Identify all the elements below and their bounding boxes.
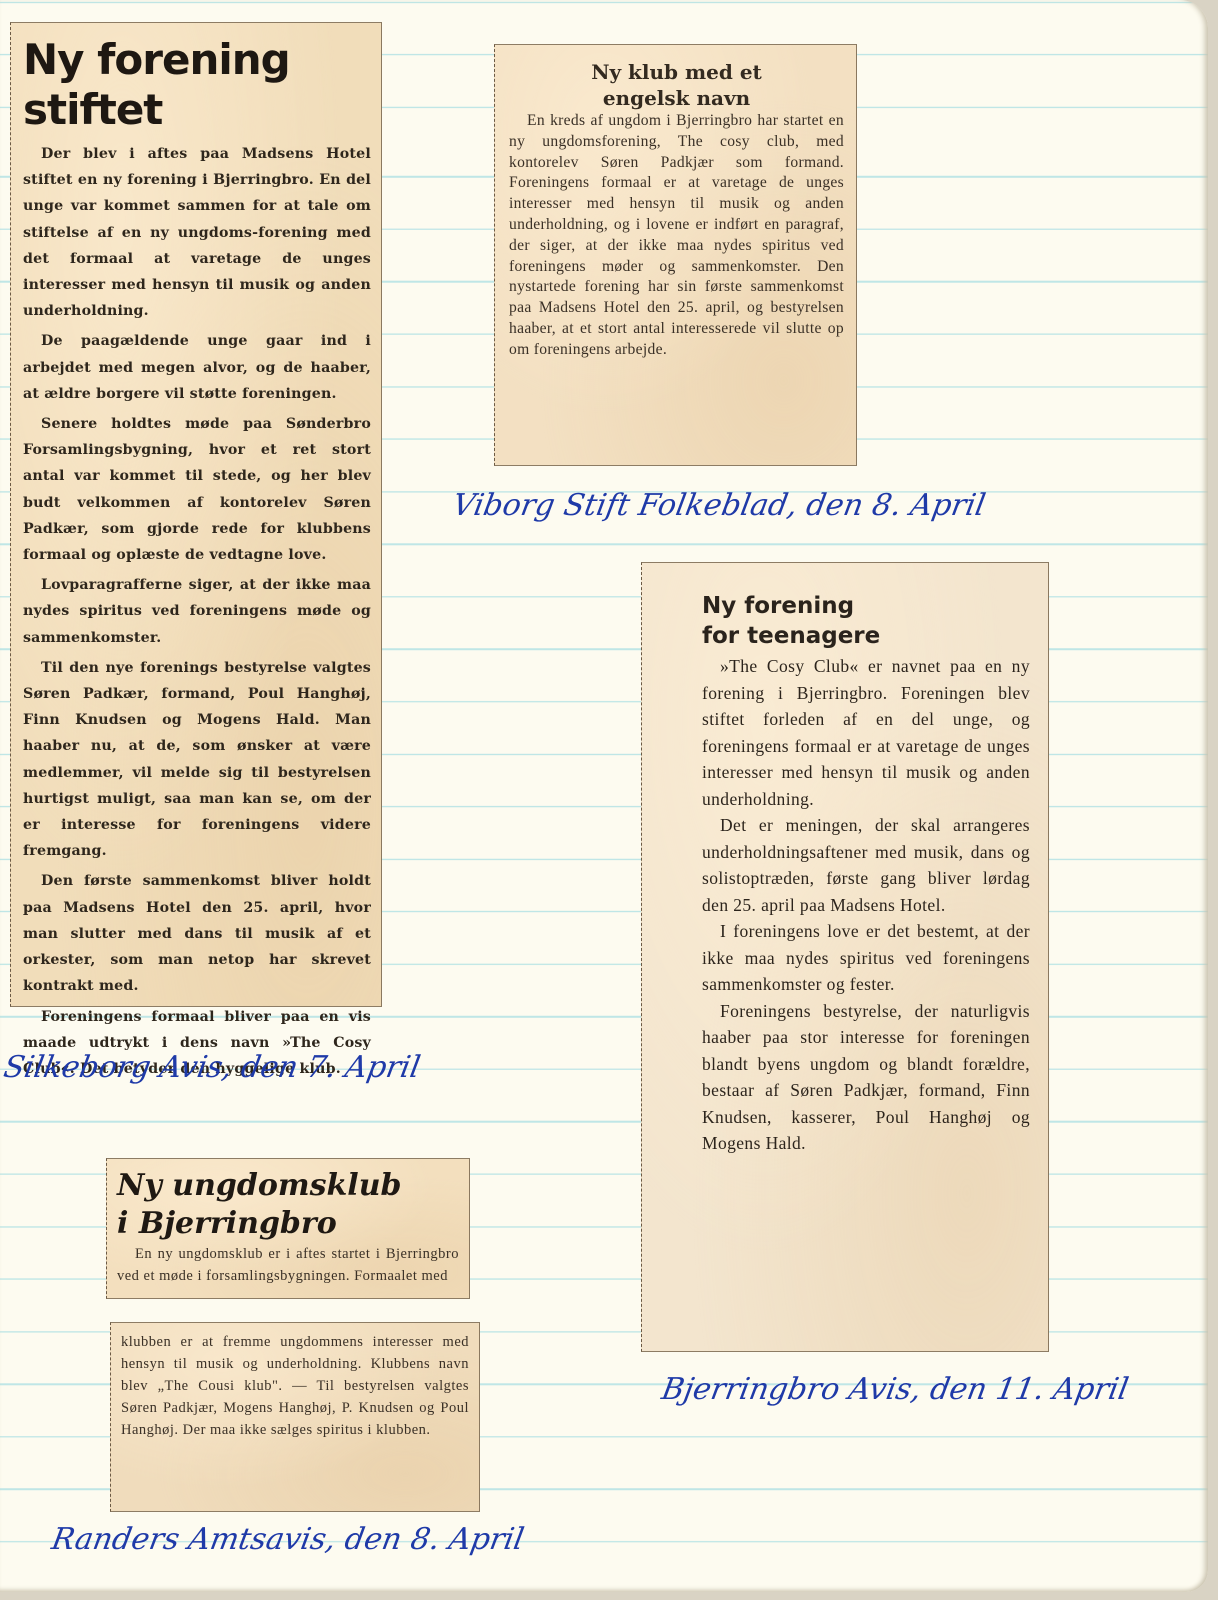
handwritten-caption: Silkeborg Avis, den 7. April <box>1 1050 423 1085</box>
clipping-headline: Ny forening for teenagere <box>702 591 1030 651</box>
clipping-ny-forening-stiftet: Ny forening stiftet Der blev i aftes paa… <box>10 22 382 1007</box>
clipping-ny-ungdomsklub-top: Ny ungdomsklub i Bjerringbro En ny ungdo… <box>106 1158 470 1299</box>
clipping-body: En kreds af ungdom i Bjerringbro har sta… <box>509 111 844 361</box>
clipping-ny-forening-for-teenagere: Ny forening for teenagere »The Cosy Club… <box>641 562 1049 1352</box>
clipping-body: En ny ungdomsklub er i aftes startet i B… <box>117 1243 459 1287</box>
paragraph: Til den nye forenings bestyrelse valgtes… <box>23 655 371 865</box>
clipping-body: »The Cosy Club« er navnet paa en ny fore… <box>702 653 1030 1157</box>
paragraph: Senere holdtes møde paa Sønderbro Forsam… <box>23 411 371 568</box>
clipping-ny-ungdomsklub-bottom: klubben er at fremme ungdommens interess… <box>110 1322 480 1512</box>
handwritten-caption: Randers Amtsavis, den 8. April <box>49 1522 527 1557</box>
paragraph: I foreningens love er det bestemt, at de… <box>702 918 1030 998</box>
paragraph: De paagældende unge gaar ind i arbejdet … <box>23 328 371 407</box>
handwritten-caption: Bjerringbro Avis, den 11. April <box>659 1372 1131 1407</box>
clipping-headline: Ny klub med et engelsk navn <box>509 59 844 111</box>
paragraph: »The Cosy Club« er navnet paa en ny fore… <box>702 653 1030 812</box>
clipping-ny-klub-med-et-engelsk-navn: Ny klub med et engelsk navn En kreds af … <box>494 44 857 466</box>
clipping-headline: Ny ungdomsklub i Bjerringbro <box>117 1167 459 1243</box>
clipping-headline: Ny forening stiftet <box>23 35 371 135</box>
headline-line: for teenagere <box>702 623 880 649</box>
paragraph: Der blev i aftes paa Madsens Hotel stift… <box>23 141 371 324</box>
headline-line: i Bjerringbro <box>117 1206 337 1241</box>
clipping-body: klubben er at fremme ungdommens interess… <box>121 1331 469 1441</box>
paragraph: Foreningens bestyrelse, der naturligvis … <box>702 998 1030 1157</box>
paragraph: Det er meningen, der skal arrangeres und… <box>702 812 1030 918</box>
clipping-body: Der blev i aftes paa Madsens Hotel stift… <box>23 141 371 1082</box>
paragraph: klubben er at fremme ungdommens interess… <box>121 1331 469 1441</box>
headline-line: engelsk navn <box>603 86 750 110</box>
paragraph: Lovparagrafferne siger, at der ikke maa … <box>23 572 371 651</box>
headline-line: Ny klub med et <box>591 60 762 84</box>
scrapbook-page: Ny forening stiftet Der blev i aftes paa… <box>0 0 1208 1592</box>
headline-line: Ny ungdomsklub <box>117 1168 402 1203</box>
paragraph: En kreds af ungdom i Bjerringbro har sta… <box>509 111 844 361</box>
handwritten-caption: Viborg Stift Folkeblad, den 8. April <box>450 488 988 523</box>
headline-line: Ny forening <box>702 593 854 619</box>
paragraph: En ny ungdomsklub er i aftes startet i B… <box>117 1243 459 1287</box>
paragraph: Den første sammenkomst bliver holdt paa … <box>23 868 371 999</box>
